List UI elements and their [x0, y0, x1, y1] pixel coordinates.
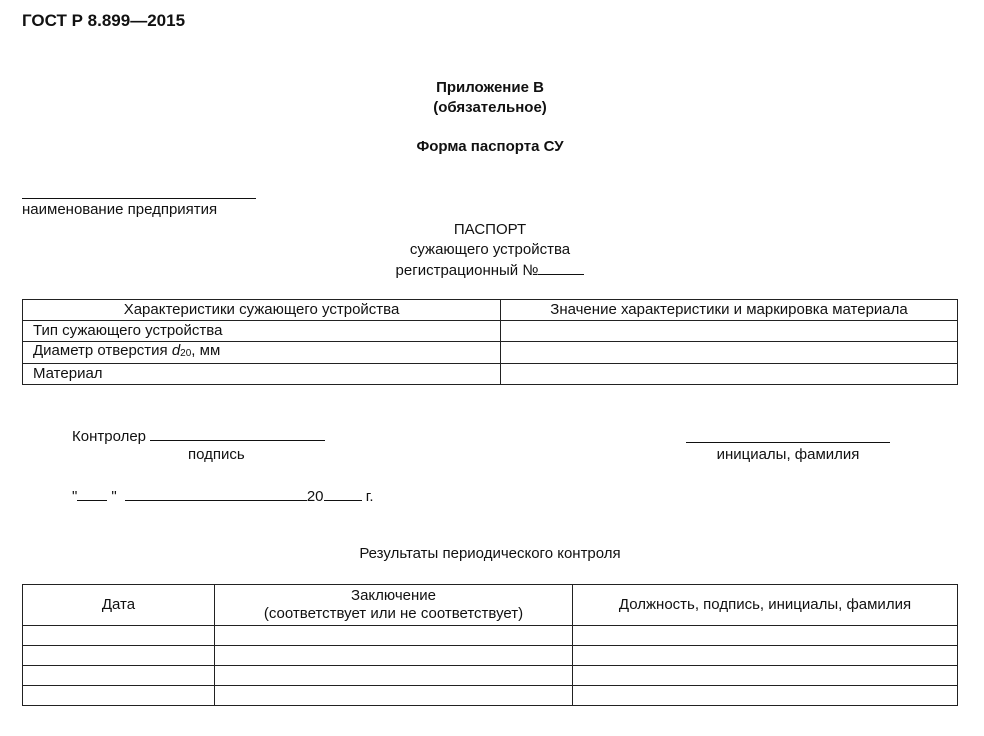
value-cell-type[interactable]	[501, 321, 958, 342]
year-field[interactable]	[324, 486, 362, 501]
form-title: Форма паспорта СУ	[290, 138, 690, 155]
conclusion-cell[interactable]	[215, 626, 573, 646]
year-suffix: г.	[366, 488, 374, 505]
appendix-title: Приложение В	[290, 78, 690, 98]
column-header-characteristic: Характеристики сужающего устройства	[23, 300, 501, 321]
signature-caption: подпись	[188, 446, 245, 463]
registration-number-label: регистрационный №	[396, 262, 539, 279]
table-row: Диаметр отверстия d20, мм	[23, 342, 958, 364]
controller-label: Контролер	[72, 428, 146, 445]
appendix-status: (обязательное)	[290, 98, 690, 118]
characteristics-table: Характеристики сужающего устройства Знач…	[22, 299, 958, 385]
table-row	[23, 646, 958, 666]
position-cell[interactable]	[573, 646, 958, 666]
results-title: Результаты периодического контроля	[290, 545, 690, 562]
diameter-subscript: 20	[180, 348, 191, 359]
value-cell-material[interactable]	[501, 364, 958, 385]
date-quote-close: "	[111, 488, 116, 505]
appendix-heading: Приложение В (обязательное)	[290, 78, 690, 118]
month-field[interactable]	[125, 486, 307, 501]
table-header-row: Дата Заключение (соответствует или не со…	[23, 585, 958, 626]
diameter-symbol: d	[172, 342, 180, 359]
position-cell[interactable]	[573, 686, 958, 706]
day-field[interactable]	[77, 486, 107, 501]
enterprise-name-caption: наименование предприятия	[22, 201, 217, 218]
conclusion-cell[interactable]	[215, 666, 573, 686]
value-cell-diameter[interactable]	[501, 342, 958, 364]
year-prefix: 20	[307, 488, 324, 505]
conclusion-cell[interactable]	[215, 646, 573, 666]
passport-subtitle: сужающего устройства	[290, 240, 690, 260]
table-row: Тип сужающего устройства	[23, 321, 958, 342]
passport-title: ПАСПОРТ	[290, 220, 690, 240]
position-cell[interactable]	[573, 666, 958, 686]
date-line: "" 20 г.	[72, 486, 374, 505]
diameter-unit: , мм	[191, 342, 220, 359]
column-header-conclusion: Заключение (соответствует или не соответ…	[215, 585, 573, 626]
initials-surname-field[interactable]	[686, 442, 890, 443]
column-header-date: Дата	[23, 585, 215, 626]
registration-number-line: регистрационный №	[290, 260, 690, 281]
enterprise-name-field[interactable]	[22, 198, 256, 199]
controller-signature-line: Контролер	[72, 426, 325, 445]
column-header-value: Значение характеристики и маркировка мат…	[501, 300, 958, 321]
passport-heading: ПАСПОРТ сужающего устройства регистрацио…	[290, 220, 690, 281]
initials-surname-caption: инициалы, фамилия	[686, 446, 890, 463]
standard-code: ГОСТ Р 8.899—2015	[22, 11, 185, 31]
column-header-position: Должность, подпись, инициалы, фамилия	[573, 585, 958, 626]
row-label-diameter: Диаметр отверстия d20, мм	[23, 342, 501, 364]
date-cell[interactable]	[23, 646, 215, 666]
controller-signature-field[interactable]	[150, 426, 325, 441]
conclusion-cell[interactable]	[215, 686, 573, 706]
results-table: Дата Заключение (соответствует или не со…	[22, 584, 958, 706]
date-cell[interactable]	[23, 666, 215, 686]
conclusion-header-note: (соответствует или не соответствует)	[221, 605, 566, 623]
table-row	[23, 666, 958, 686]
table-header-row: Характеристики сужающего устройства Знач…	[23, 300, 958, 321]
position-cell[interactable]	[573, 626, 958, 646]
diameter-label-text: Диаметр отверстия	[33, 342, 172, 359]
date-cell[interactable]	[23, 686, 215, 706]
date-cell[interactable]	[23, 626, 215, 646]
table-row: Материал	[23, 364, 958, 385]
row-label-type: Тип сужающего устройства	[23, 321, 501, 342]
table-row	[23, 626, 958, 646]
table-row	[23, 686, 958, 706]
conclusion-header-title: Заключение	[221, 587, 566, 605]
row-label-material: Материал	[23, 364, 501, 385]
registration-number-field[interactable]	[538, 260, 584, 275]
